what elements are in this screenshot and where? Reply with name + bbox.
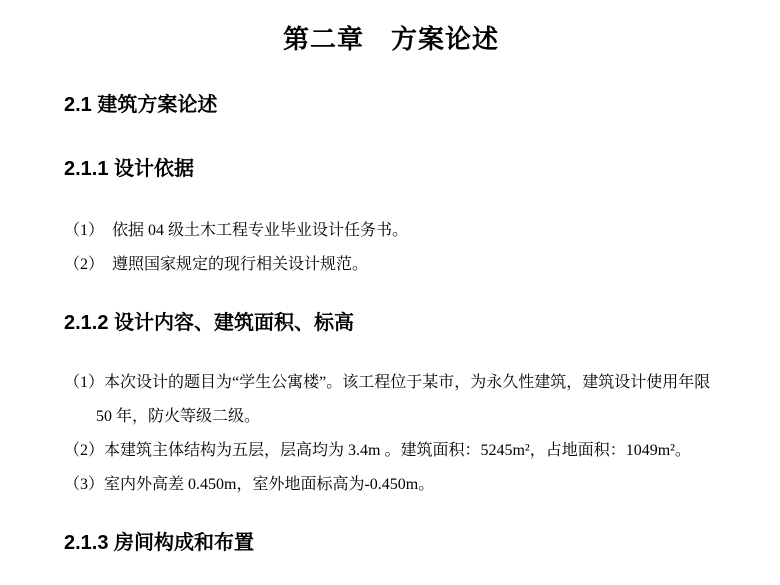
design-content-item-1: （1）本次设计的题目为“学生公寓楼”。该工程位于某市，为永久性建筑，建筑设计使用… <box>64 366 718 434</box>
design-basis-item-2: （2） 遵照国家规定的现行相关设计规范。 <box>64 248 718 282</box>
design-content-item-2: （2）本建筑主体结构为五层，层高均为 3.4m 。建筑面积：5245m²，占地面… <box>64 434 718 468</box>
subsection-heading-2-1-1: 2.1.1 设计依据 <box>64 156 718 182</box>
chapter-title: 第二章 方案论述 <box>64 22 718 56</box>
document-page: 第二章 方案论述 2.1 建筑方案论述 2.1.1 设计依据 （1） 依据 04… <box>0 0 780 585</box>
subsection-heading-2-1-2: 2.1.2 设计内容、建筑面积、标高 <box>64 310 718 336</box>
design-basis-item-1: （1） 依据 04 级土木工程专业毕业设计任务书。 <box>64 214 718 248</box>
design-content-item-3: （3）室内外高差 0.450m，室外地面标高为-0.450m。 <box>64 468 718 502</box>
section-heading-2-1: 2.1 建筑方案论述 <box>64 92 718 118</box>
subsection-heading-2-1-3: 2.1.3 房间构成和布置 <box>64 530 718 556</box>
